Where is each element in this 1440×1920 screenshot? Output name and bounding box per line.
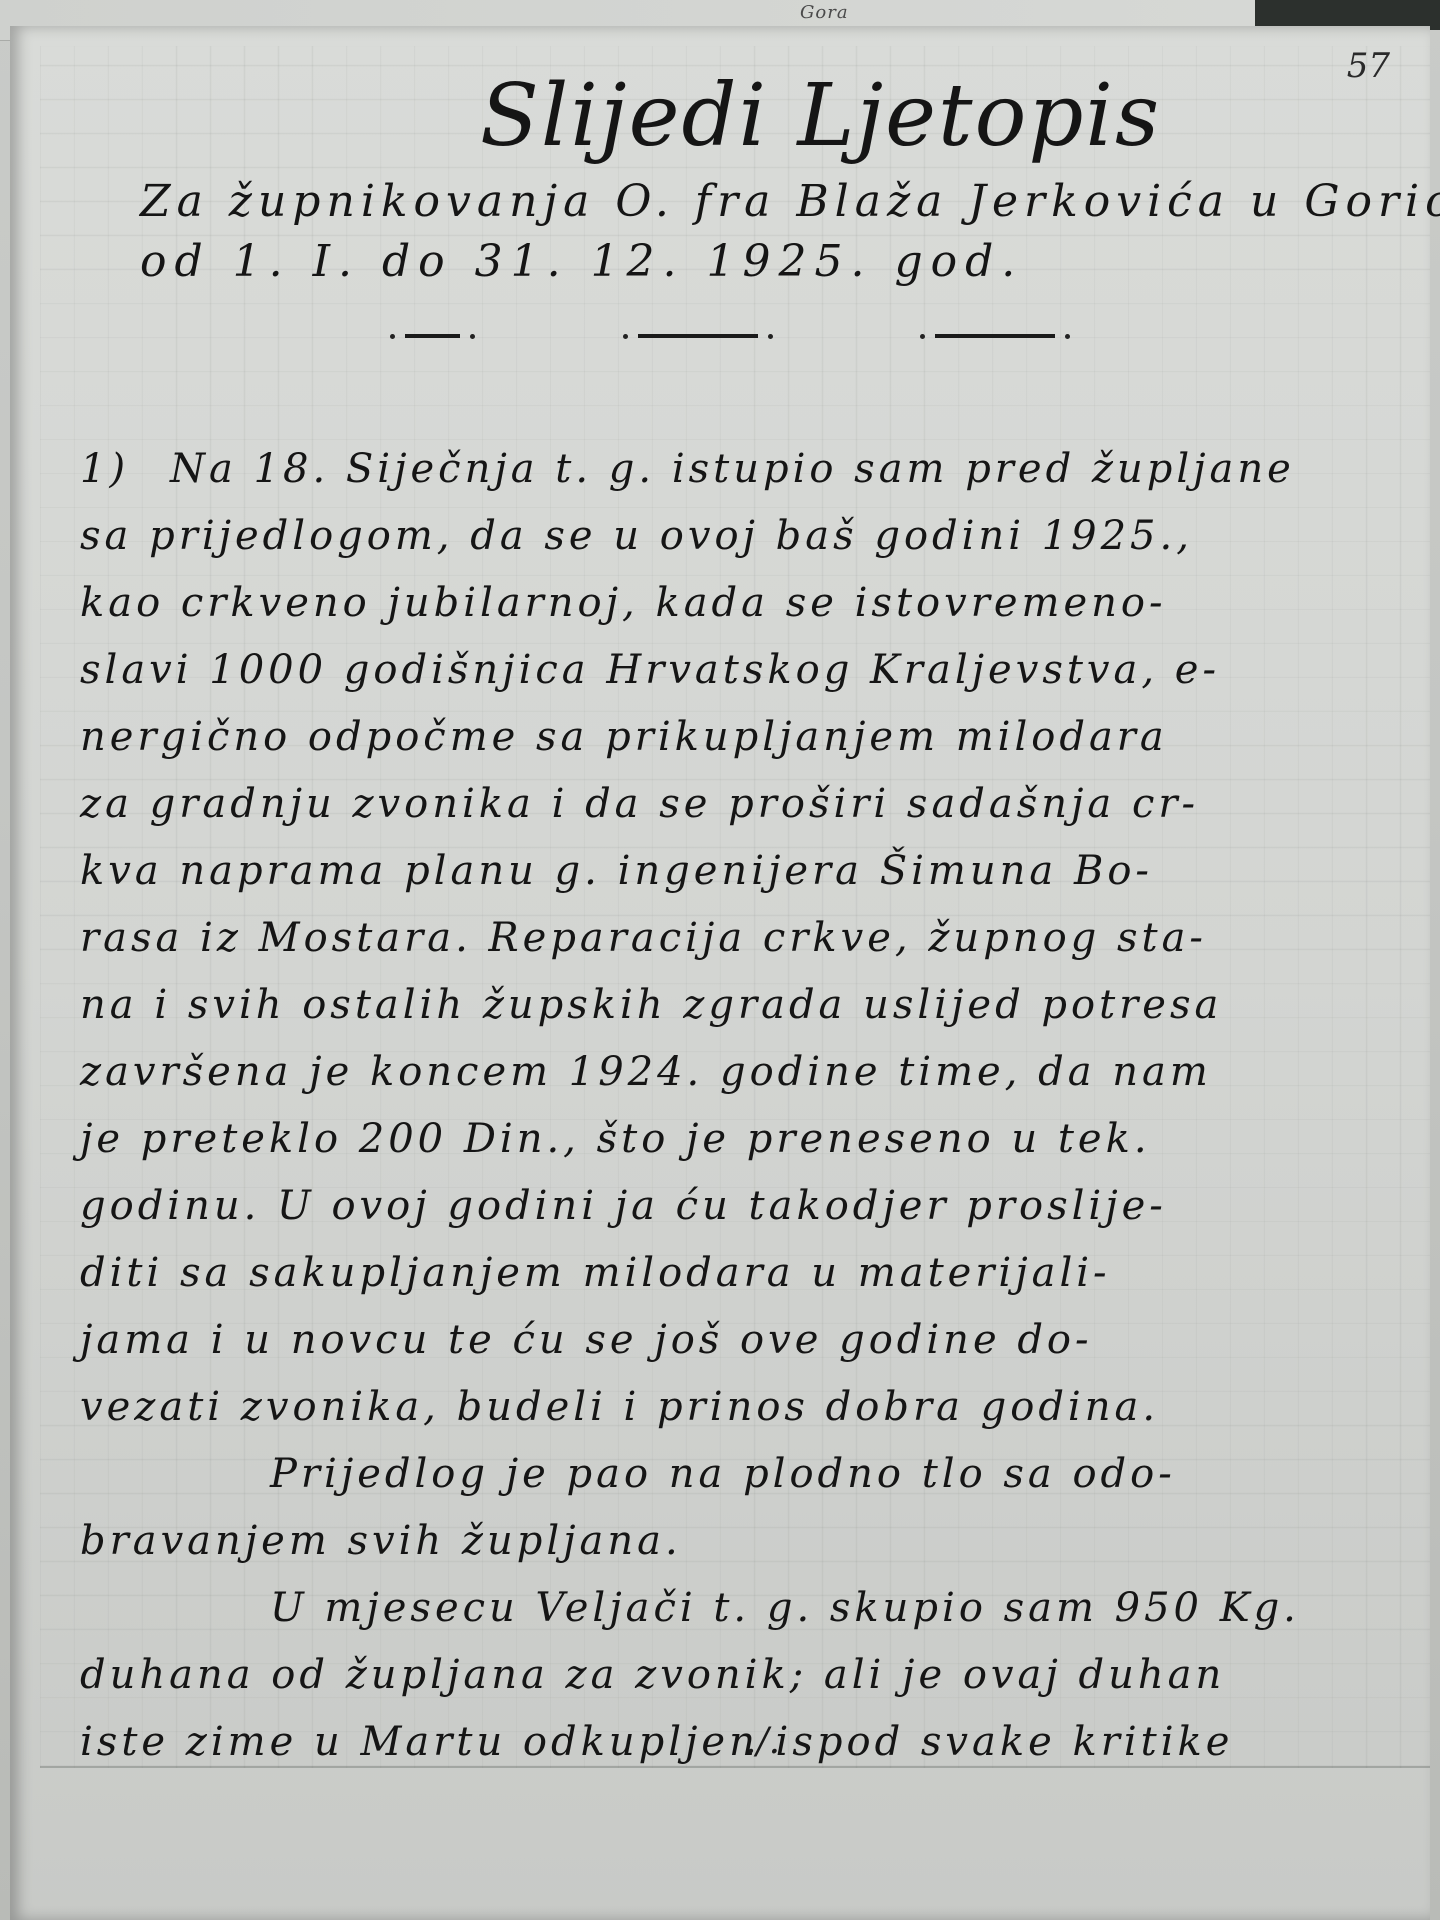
chronicle-page: 57 Slijedi Ljetopis Za župnikovanja O. f… xyxy=(10,26,1430,1920)
subtitle-line-2: od 1. I. do 31. 12. 1925. god. xyxy=(140,236,1023,287)
text-line: U mjesecu Veljači t. g. skupio sam 950 K… xyxy=(80,1585,1410,1652)
text-line: završena je koncem 1924. godine time, da… xyxy=(80,1049,1410,1116)
separator-segment xyxy=(920,334,1070,339)
text-line: vezati zvonika, budeli i prinos dobra go… xyxy=(80,1384,1410,1451)
chronicle-body: 1)Na 18. Siječnja t. g. istupio sam pred… xyxy=(80,446,1410,1786)
text-line: rasa iz Mostara. Reparacija crkve, župno… xyxy=(80,915,1410,982)
text-line: Prijedlog je pao na plodno tlo sa odo- xyxy=(80,1451,1410,1518)
text-line: diti sa sakupljanjem milodara u materija… xyxy=(80,1250,1410,1317)
title-separator xyxy=(390,321,1070,351)
text-line: jama i u novcu te ću se još ove godine d… xyxy=(80,1317,1410,1384)
text-line: slavi 1000 godišnjica Hrvatskog Kraljevs… xyxy=(80,647,1410,714)
text-line: za gradnju zvonika i da se proširi sadaš… xyxy=(80,781,1410,848)
text-line: duhana od župljana za zvonik; ali je ova… xyxy=(80,1652,1410,1719)
text-line: kao crkveno jubilarnoj, kada se istovrem… xyxy=(80,580,1410,647)
separator-segment xyxy=(623,334,773,339)
text-line: bravanjem svih župljana. xyxy=(80,1518,1410,1585)
photo-stage: Gora 57 Slijedi Ljetopis Za župnikovanja… xyxy=(0,0,1440,1920)
text-line: nergično odpočme sa prikupljanjem miloda… xyxy=(80,714,1410,781)
page-title: Slijedi Ljetopis xyxy=(480,66,1161,166)
separator-segment xyxy=(390,334,475,339)
text-line: godinu. U ovoj godini ja ću takodjer pro… xyxy=(80,1183,1410,1250)
subtitle-line-1: Za župnikovanja O. fra Blaža Jerkovića u… xyxy=(140,176,1440,227)
text-line: na i svih ostalih župskih zgrada uslijed… xyxy=(80,982,1410,1049)
page-number: 57 xyxy=(1347,46,1390,86)
continuation-mark: ./. xyxy=(745,1721,780,1762)
text-line: sa prijedlogom, da se u ovoj baš godini … xyxy=(80,513,1410,580)
text-line: 1)Na 18. Siječnja t. g. istupio sam pred… xyxy=(80,446,1410,513)
text-line: kva naprama planu g. ingenijera Šimuna B… xyxy=(80,848,1410,915)
item-marker: 1) xyxy=(80,446,170,492)
text-line: je preteklo 200 Din., što je preneseno u… xyxy=(80,1116,1410,1183)
underlying-page-text: Gora xyxy=(800,2,849,23)
